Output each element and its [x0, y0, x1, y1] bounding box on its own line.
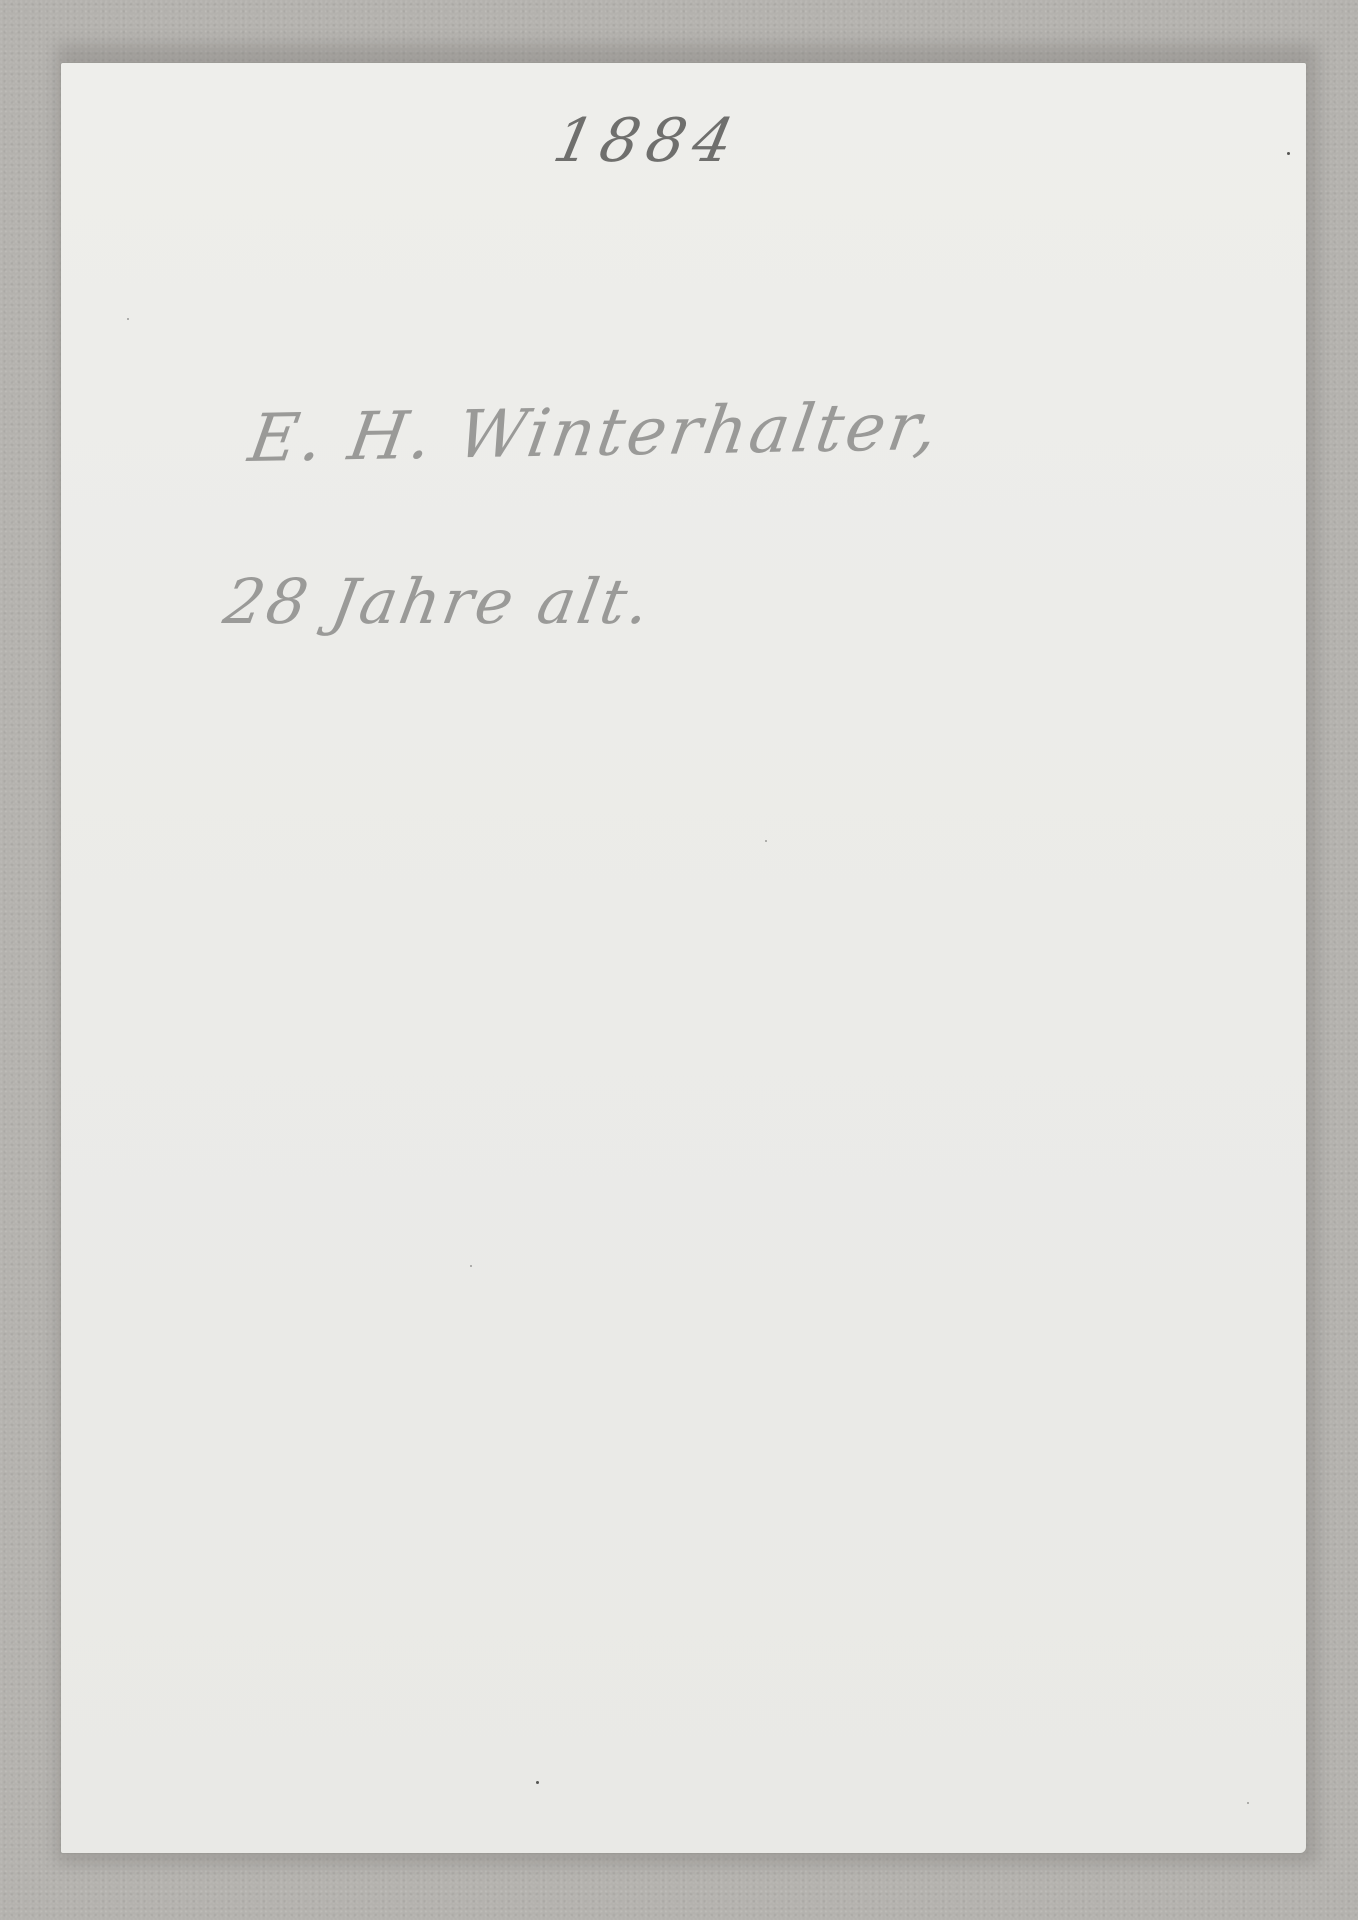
year-inscription: 1884 — [548, 106, 748, 176]
name-inscription: E. H. Winterhalter, — [244, 388, 946, 477]
paper-speck — [1287, 152, 1290, 155]
paper-speck — [127, 318, 129, 320]
paper-speck — [1247, 1802, 1249, 1804]
photo-card-back — [61, 63, 1306, 1853]
age-inscription: 28 Jahre alt. — [219, 565, 659, 638]
paper-speck — [765, 840, 767, 842]
paper-speck — [470, 1265, 472, 1267]
paper-speck — [536, 1781, 539, 1784]
